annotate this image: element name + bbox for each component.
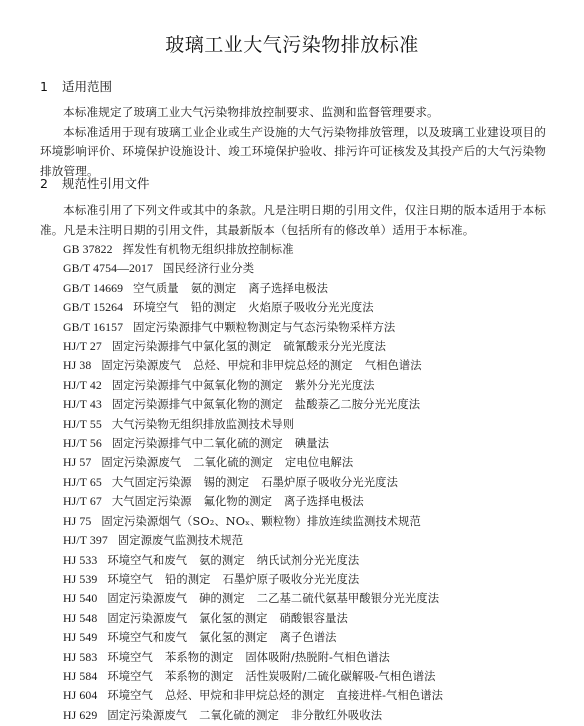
reference-item: HJ 583环境空气苯系物的测定固体吸附/热脱附-气相色谱法 [63,648,443,667]
reference-title-part: 氯化氢的测定 [199,612,267,625]
section-number: 1 [40,79,62,94]
reference-code: HJ 533 [63,553,97,567]
reference-code: HJ 75 [63,514,91,528]
reference-item: HJ 539环境空气铅的测定石墨炉原子吸收分光光度法 [63,570,443,589]
reference-title-part: 环境空气 [107,651,153,664]
reference-code: HJ 539 [63,572,97,586]
reference-code: HJ 604 [63,688,97,702]
reference-code: HJ 57 [63,455,91,469]
reference-title-part: 固定源废气监测技术规范 [118,534,243,547]
reference-title-part: 碘量法 [295,437,329,450]
reference-title-part: 挥发性有机物无组织排放控制标准 [123,243,294,256]
reference-title-part: 固定污染源废气 [107,612,187,625]
normative-references-list: GB 37822挥发性有机物无组织排放控制标准GB/T 4754—2017国民经… [63,240,443,725]
reference-code: GB 37822 [63,242,113,256]
reference-title-part: 氟化物的测定 [204,495,272,508]
reference-item: HJ 38固定污染源废气总烃、甲烷和非甲烷总烃的测定气相色谱法 [63,356,443,375]
reference-title-part: 国民经济行业分类 [163,262,254,275]
reference-title-part: 固定污染源废气 [107,709,187,722]
reference-title-part: 盐酸萘乙二胺分光光度法 [295,398,420,411]
reference-item: HJ 533环境空气和废气氨的测定纳氏试剂分光光度法 [63,551,443,570]
reference-code: HJ/T 67 [63,494,102,508]
reference-title-part: 铅的测定 [165,573,211,586]
reference-title-part: 离子选择电极法 [248,282,328,295]
reference-title-part: 环境空气 [107,689,153,702]
reference-title-part: 大气污染物无组织排放监测技术导则 [112,418,294,431]
reference-title-part: 固定污染源烟气（SO₂、NOₓ、颗粒物）排放连续监测技术规范 [101,515,421,528]
reference-title-part: 固定污染源废气 [101,359,181,372]
reference-title-part: 固定污染源排气中氮氧化物的测定 [112,379,283,392]
reference-title-part: 苯系物的测定 [165,651,233,664]
reference-title-part: 固定污染源排气中氯化氢的测定 [112,340,272,353]
reference-title-part: 环境空气 [133,301,179,314]
reference-item: HJ 540固定污染源废气砷的测定二乙基二硫代氨基甲酸银分光光度法 [63,589,443,608]
reference-code: HJ/T 397 [63,533,108,547]
reference-title-part: 定电位电解法 [285,456,353,469]
reference-code: GB/T 4754—2017 [63,261,153,275]
reference-title-part: 总烃、甲烷和非甲烷总烃的测定 [165,689,325,702]
reference-item: HJ/T 27固定污染源排气中氯化氢的测定硫氰酸汞分光光度法 [63,337,443,356]
reference-title-part: 气相色谱法 [365,359,422,372]
reference-item: HJ 584环境空气苯系物的测定活性炭吸附/二硫化碳解吸-气相色谱法 [63,667,443,686]
reference-title-part: 纳氏试剂分光光度法 [257,554,360,567]
reference-title-part: 环境空气 [107,573,153,586]
reference-code: HJ 629 [63,708,97,722]
reference-code: HJ 583 [63,650,97,664]
reference-code: HJ 584 [63,669,97,683]
reference-item: HJ/T 67大气固定污染源氟化物的测定离子选择电极法 [63,492,443,511]
reference-title-part: 氯化氢的测定 [199,631,267,644]
reference-title-part: 活性炭吸附/二硫化碳解吸-气相色谱法 [245,670,435,683]
reference-item: HJ 604环境空气总烃、甲烷和非甲烷总烃的测定直接进样-气相色谱法 [63,686,443,705]
scope-paragraph-1: 本标准规定了玻璃工业大气污染物排放控制要求、监测和监督管理要求。 [40,103,546,123]
reference-item: HJ/T 42固定污染源排气中氮氧化物的测定紫外分光光度法 [63,376,443,395]
reference-code: HJ/T 43 [63,397,102,411]
reference-title-part: 环境空气和废气 [107,631,187,644]
section-title: 适用范围 [62,79,112,94]
reference-title-part: 二氧化硫的测定 [199,709,279,722]
reference-item: HJ/T 397固定源废气监测技术规范 [63,531,443,550]
reference-title-part: 固体吸附/热脱附-气相色谱法 [245,651,390,664]
reference-code: GB/T 16157 [63,320,123,334]
reference-title-part: 直接进样-气相色谱法 [337,689,444,702]
reference-title-part: 离子色谱法 [280,631,337,644]
reference-title-part: 固定污染源废气 [101,456,181,469]
reference-item: HJ/T 56固定污染源排气中二氧化硫的测定碘量法 [63,434,443,453]
reference-title-part: 氨的测定 [191,282,237,295]
reference-title-part: 硫氰酸汞分光光度法 [283,340,386,353]
reference-code: HJ/T 55 [63,417,102,431]
reference-item: HJ 549环境空气和废气氯化氢的测定离子色谱法 [63,628,443,647]
reference-title-part: 二氧化硫的测定 [193,456,273,469]
reference-code: HJ 549 [63,630,97,644]
reference-title-part: 环境空气 [107,670,153,683]
reference-title-part: 大气固定污染源 [112,476,192,489]
reference-title-part: 铅的测定 [191,301,237,314]
section-heading-scope: 1适用范围 [40,77,112,95]
reference-title-part: 环境空气和废气 [107,554,187,567]
reference-item: GB/T 16157固定污染源排气中颗粒物测定与气态污染物采样方法 [63,318,443,337]
reference-title-part: 石墨炉原子吸收分光光度法 [261,476,398,489]
reference-item: GB/T 15264环境空气铅的测定火焰原子吸收分光光度法 [63,298,443,317]
reference-code: HJ 540 [63,591,97,605]
reference-item: HJ 57固定污染源废气二氧化硫的测定定电位电解法 [63,453,443,472]
reference-title-part: 锡的测定 [204,476,250,489]
reference-title-part: 非分散红外吸收法 [291,709,382,722]
reference-title-part: 空气质量 [133,282,179,295]
reference-code: GB/T 15264 [63,300,123,314]
reference-title-part: 大气固定污染源 [112,495,192,508]
reference-item: HJ/T 43固定污染源排气中氮氧化物的测定盐酸萘乙二胺分光光度法 [63,395,443,414]
reference-title-part: 火焰原子吸收分光光度法 [248,301,373,314]
reference-code: HJ 38 [63,358,91,372]
reference-item: HJ 75固定污染源烟气（SO₂、NOₓ、颗粒物）排放连续监测技术规范 [63,512,443,531]
reference-title-part: 紫外分光光度法 [295,379,375,392]
reference-item: GB 37822挥发性有机物无组织排放控制标准 [63,240,443,259]
section-title: 规范性引用文件 [62,176,150,191]
reference-title-part: 离子选择电极法 [284,495,364,508]
reference-title-part: 固定污染源排气中二氧化硫的测定 [112,437,283,450]
reference-item: HJ/T 55大气污染物无组织排放监测技术导则 [63,415,443,434]
reference-title-part: 固定污染源废气 [107,592,187,605]
reference-code: HJ/T 65 [63,475,102,489]
reference-item: HJ 629固定污染源废气二氧化硫的测定非分散红外吸收法 [63,706,443,725]
reference-title-part: 固定污染源排气中氮氧化物的测定 [112,398,283,411]
reference-code: HJ/T 27 [63,339,102,353]
reference-title-part: 砷的测定 [199,592,245,605]
reference-code: HJ/T 42 [63,378,102,392]
scope-paragraph-2: 本标准适用于现有玻璃工业企业或生产设施的大气污染物排放管理，以及玻璃工业建设项目… [40,123,546,182]
reference-code: HJ/T 56 [63,436,102,450]
reference-item: HJ/T 65大气固定污染源锡的测定石墨炉原子吸收分光光度法 [63,473,443,492]
reference-item: GB/T 4754—2017国民经济行业分类 [63,259,443,278]
reference-title-part: 氨的测定 [199,554,245,567]
reference-code: HJ 548 [63,611,97,625]
reference-title-part: 总烃、甲烷和非甲烷总烃的测定 [193,359,353,372]
section-heading-references: 2规范性引用文件 [40,174,150,192]
reference-title-part: 硝酸银容量法 [280,612,348,625]
section-number: 2 [40,176,62,191]
reference-item: GB/T 14669空气质量氨的测定离子选择电极法 [63,279,443,298]
reference-title-part: 固定污染源排气中颗粒物测定与气态污染物采样方法 [133,321,395,334]
document-title: 玻璃工业大气污染物排放标准 [0,30,584,57]
reference-code: GB/T 14669 [63,281,123,295]
reference-title-part: 二乙基二硫代氨基甲酸银分光光度法 [257,592,439,605]
reference-title-part: 苯系物的测定 [165,670,233,683]
references-intro-paragraph: 本标准引用了下列文件或其中的条款。凡是注明日期的引用文件，仅注日期的版本适用于本… [40,201,546,240]
reference-title-part: 石墨炉原子吸收分光光度法 [223,573,360,586]
reference-item: HJ 548固定污染源废气氯化氢的测定硝酸银容量法 [63,609,443,628]
